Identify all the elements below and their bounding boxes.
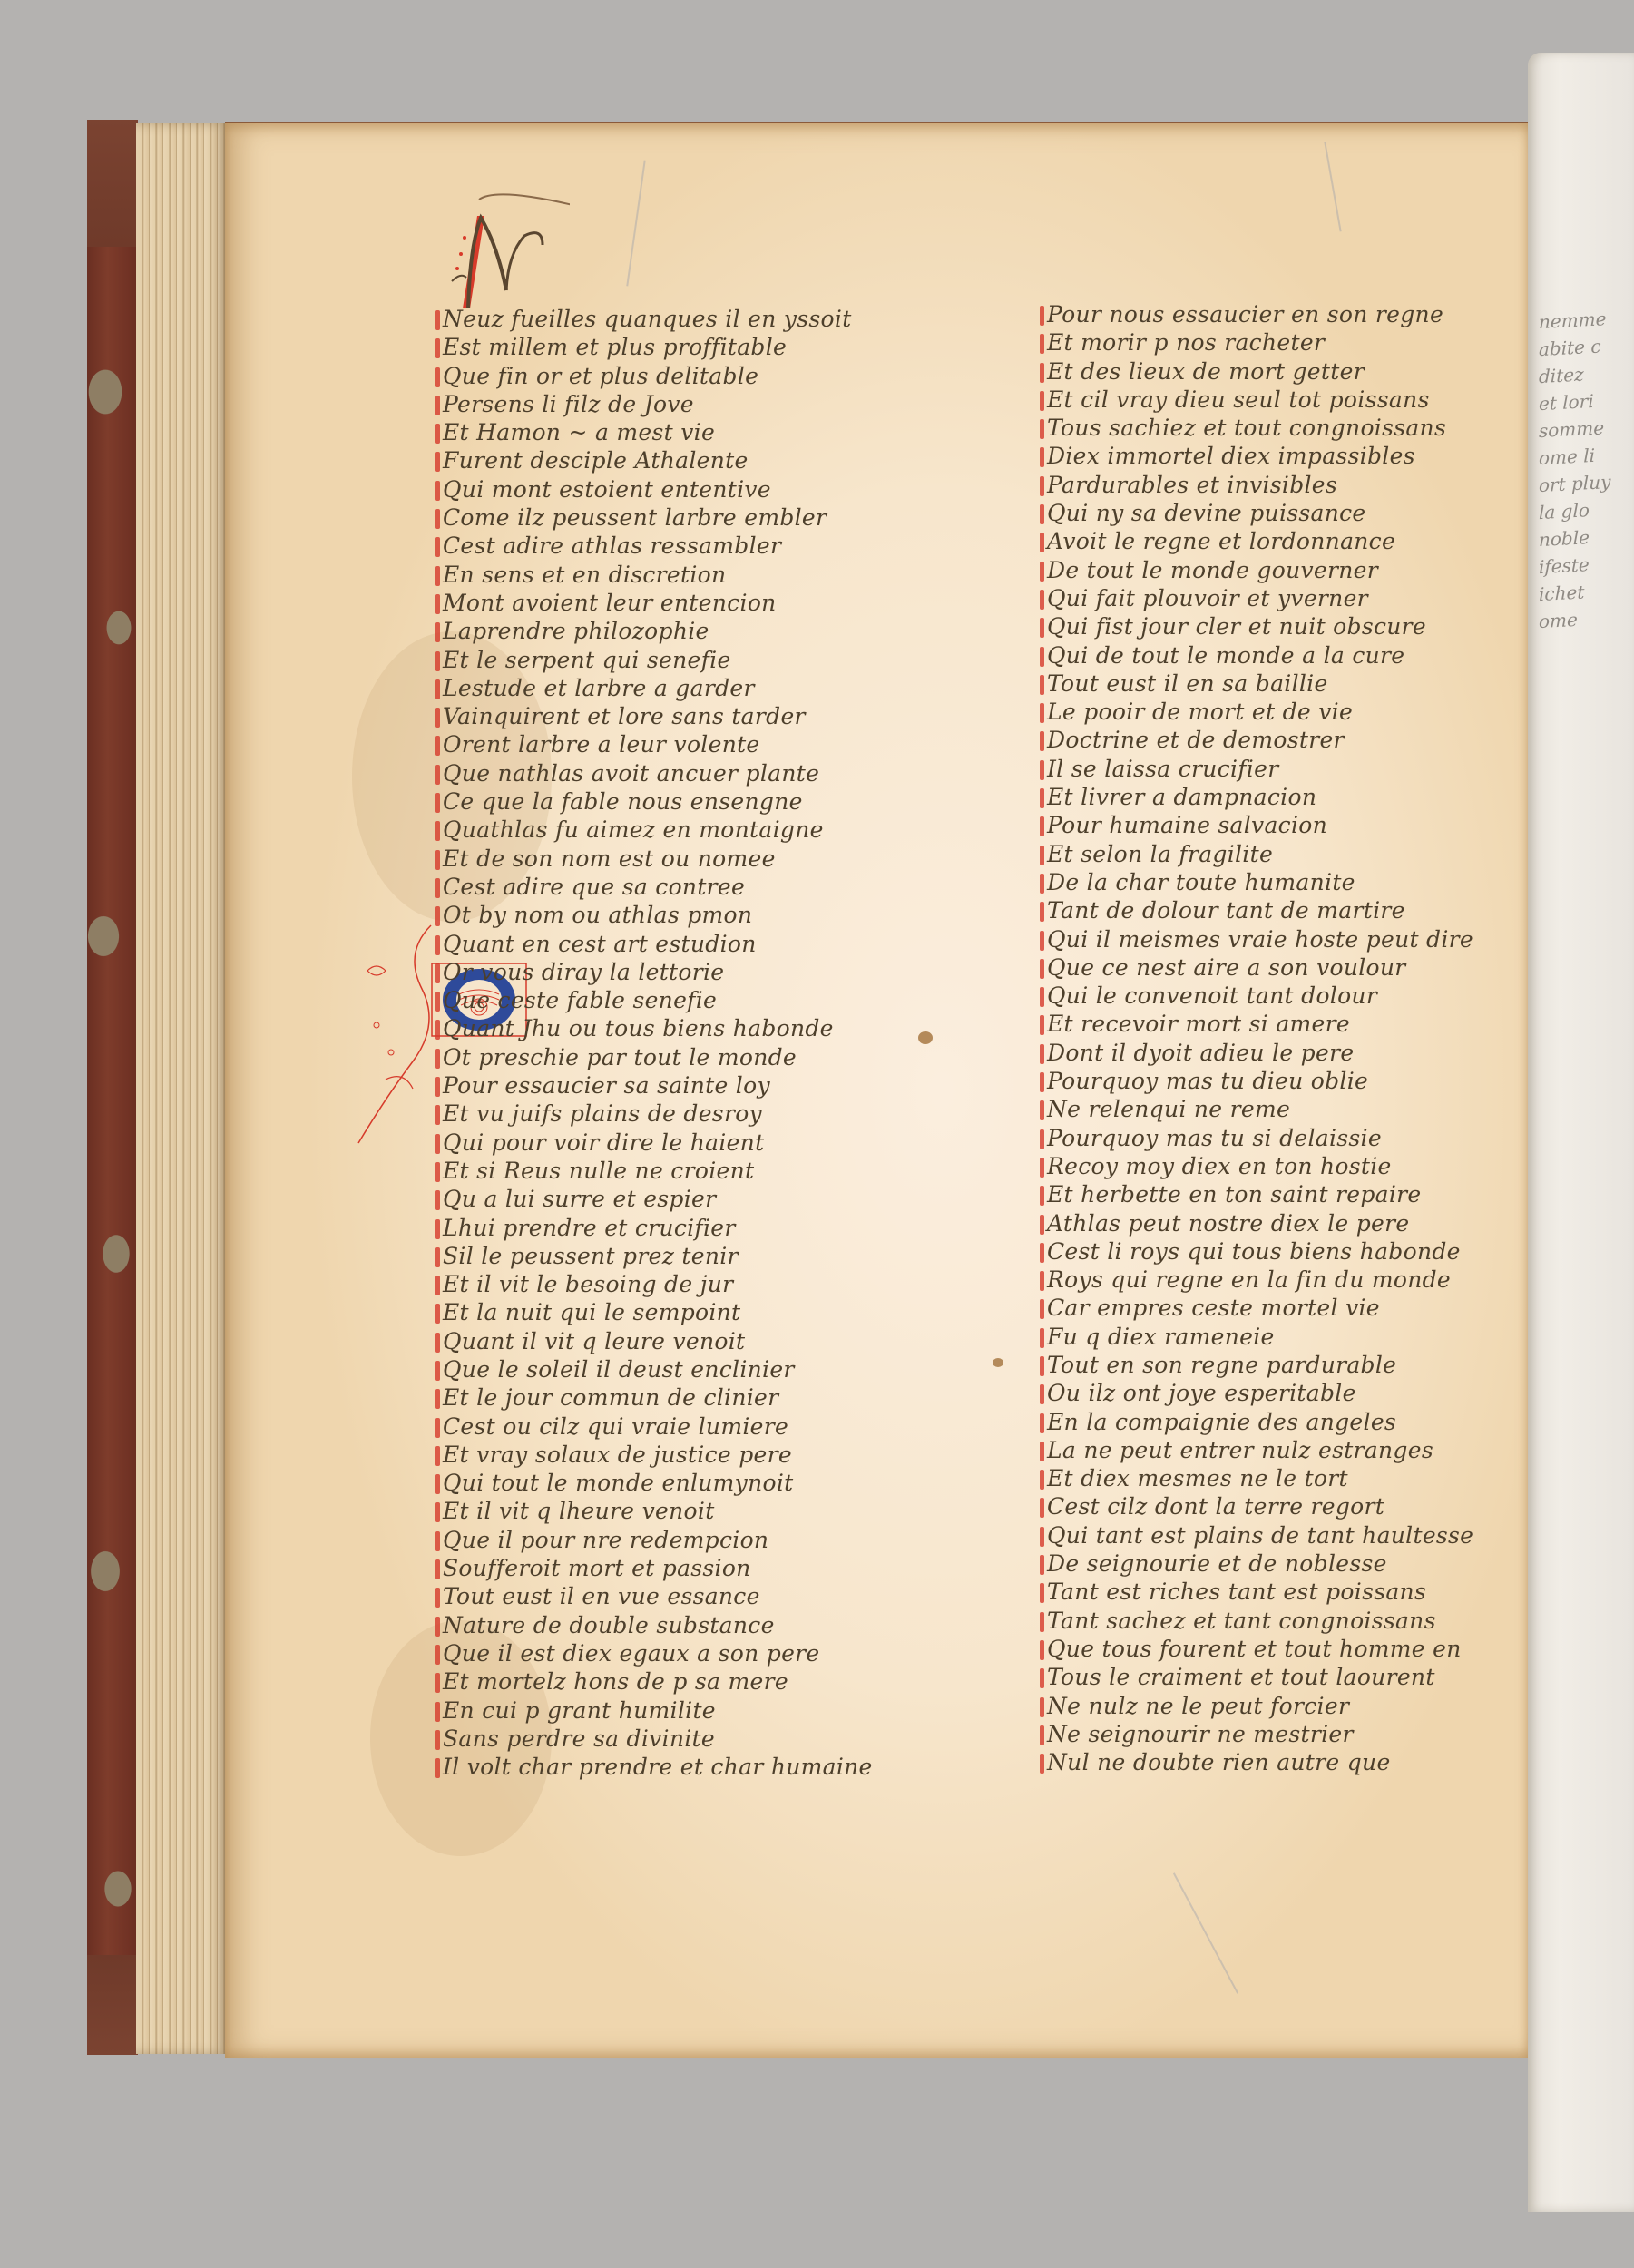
rubric-stroke [435,1190,440,1210]
rubric-stroke [1040,1555,1044,1575]
verse-line: Qui mont estoient ententive [437,475,945,503]
rubric-stroke [435,481,440,501]
verse-text: Vainquirent et lore sans tarder [437,703,806,729]
verse-line: Il volt char prendre et char humaine [437,1753,945,1781]
rubric-stroke [1040,1158,1044,1178]
verse-line: Que tous fourent et tout homme en [1042,1635,1522,1663]
verse-text: Tout en son regne pardurable [1042,1352,1396,1378]
verse-line: Et il vit q lheure venoit [437,1497,945,1525]
verse-text: Et selon la fragilite [1042,841,1273,867]
verse-line: Et Hamon ~ a mest vie [437,418,945,446]
verse-text: Ot by nom ou athlas pmon [437,902,752,928]
rubric-stroke [1040,1129,1044,1149]
verse-text: Quant Jhu ou tous biens habonde [437,1015,834,1041]
verse-line: Et il vit le besoing de jur [437,1270,945,1298]
rubric-stroke [435,452,440,472]
verse-text: Pour essaucier sa sainte loy [437,1072,770,1099]
verse-line: Et vu juifs plains de desroy [437,1100,945,1128]
verse-line: Quant Jhu ou tous biens habonde [437,1014,945,1042]
verse-line: Ne seignourir ne mestrier [1042,1720,1522,1748]
rubric-stroke [435,1247,440,1267]
verse-text: Nul ne doubte rien autre que [1042,1749,1391,1775]
verse-line: Quathlas fu aimez en montaigne [437,816,945,844]
verse-text: Et il vit le besoing de jur [437,1271,733,1297]
verse-text: Qui fist jour cler et nuit obscure [1042,613,1426,640]
verse-line: De la char toute humanite [1042,868,1522,896]
facing-text-fragment: ome [1539,604,1611,635]
rubric-stroke [435,594,440,614]
facing-text-fragment: ichet [1539,577,1611,608]
facing-text-fragment: ort pluy [1539,468,1611,499]
verse-text: Quant il vit q leure venoit [437,1328,745,1354]
verse-line: Est millem et plus proffitable [437,333,945,361]
rubric-stroke [1040,1470,1044,1490]
pencil-guide-mark [1173,1872,1238,1993]
facing-recto-page: nemmeabite cditezet lorisommeome liort p… [1528,53,1634,2212]
rubric-stroke [1040,1612,1044,1632]
verse-text: Et la nuit qui le sempoint [437,1299,740,1325]
verse-line: Ot preschie par tout le monde [437,1043,945,1071]
verse-line: Nul ne doubte rien autre que [1042,1748,1522,1776]
verse-text: Orent larbre a leur volente [437,731,760,758]
verse-line: Qui tant est plains de tant haultesse [1042,1521,1522,1549]
verse-text: Et il vit q lheure venoit [437,1498,715,1524]
pencil-guide-mark [626,161,645,287]
rubric-stroke [435,1758,440,1778]
rubric-stroke [1040,1186,1044,1206]
verse-line: Laprendre philozophie [437,617,945,645]
rubric-stroke [1040,1100,1044,1120]
verse-text: Nature de double substance [437,1612,775,1638]
rubric-stroke [435,1730,440,1750]
verse-line: Qui tout le monde enlumynoit [437,1469,945,1497]
verse-line: Que nathlas avoit ancuer plante [437,759,945,787]
verse-line: Et morir p nos racheter [1042,328,1522,357]
verse-line: Pardurables et invisibles [1042,471,1522,499]
verse-line: Qui de tout le monde a la cure [1042,641,1522,670]
verse-text: Et le jour commun de clinier [437,1384,778,1411]
verse-text: Lestude et larbre a garder [437,675,755,701]
right-text-column: Pour nous essaucier en son regneEt morir… [1042,300,1522,1776]
verse-line: Ot by nom ou athlas pmon [437,901,945,929]
verse-text: Que ceste fable senefie [437,987,717,1013]
verse-line: Tant est riches tant est poissans [1042,1578,1522,1606]
verse-text: Soufferoit mort et passion [437,1555,751,1581]
page-edges-stack [136,123,227,2054]
verse-text: En cui p grant humilite [437,1697,716,1724]
verse-text: Et vu juifs plains de desroy [437,1100,762,1127]
verse-text: Et livrer a dampnacion [1042,784,1316,810]
verse-line: Que fin or et plus delitable [437,362,945,390]
rubric-stroke [435,1304,440,1324]
verse-text: Car empres ceste mortel vie [1042,1295,1380,1321]
verse-line: Car empres ceste mortel vie [1042,1294,1522,1322]
rubric-stroke [435,1049,440,1069]
verse-text: Et herbette en ton saint repaire [1042,1181,1422,1207]
verse-line: Diex immortel diex impassibles [1042,442,1522,470]
verse-line: Lestude et larbre a garder [437,674,945,702]
rubric-stroke [1040,1015,1044,1035]
verse-line: Que le soleil il deust enclinier [437,1355,945,1383]
rubric-stroke [435,878,440,898]
rubric-stroke [1040,1384,1044,1404]
verse-line: Or vous diray la lettorie [437,958,945,986]
verse-text: Tous le craiment et tout laourent [1042,1664,1435,1690]
verse-line: Ne relenqui ne reme [1042,1095,1522,1123]
verse-text: Qui tout le monde enlumynoit [437,1470,794,1496]
verse-line: Qui il meismes vraie hoste peut dire [1042,925,1522,953]
rubric-stroke [1040,647,1044,667]
verse-text: Que il pour nre redempcion [437,1527,768,1553]
verse-text: Il se laissa crucifier [1042,756,1278,782]
rubric-stroke [1040,504,1044,524]
verse-line: Sans perdre sa divinite [437,1725,945,1753]
facing-text-fragment: ditez [1539,359,1611,390]
verse-text: Quathlas fu aimez en montaigne [437,816,824,843]
verse-line: Furent desciple Athalente [437,446,945,474]
verse-line: Roys qui regne en la fin du monde [1042,1266,1522,1294]
rubric-stroke [1040,334,1044,354]
verse-text: Tant sachez et tant congnoissans [1042,1608,1436,1634]
verse-line: Et diex mesmes ne le tort [1042,1464,1522,1492]
rubric-stroke [435,1077,440,1097]
rubric-stroke [1040,1328,1044,1348]
verse-text: Ne nulz ne le peut forcier [1042,1693,1349,1719]
verse-line: Et le serpent qui senefie [437,646,945,674]
verse-text: Come ilz peussent larbre embler [437,504,827,531]
rubric-stroke [435,935,440,955]
verse-line: Le pooir de mort et de vie [1042,698,1522,726]
verse-line: Neuz fueilles quanques il en yssoit [437,305,945,333]
verse-line: Et selon la fragilite [1042,840,1522,868]
verse-line: Qui ny sa devine puissance [1042,499,1522,527]
verse-text: Athlas peut nostre diex le pere [1042,1210,1409,1237]
verse-text: Tant de dolour tant de martire [1042,897,1405,924]
rubric-stroke [435,1418,440,1438]
verse-line: Ou ilz ont joye esperitable [1042,1379,1522,1407]
rubric-stroke [435,765,440,785]
verse-line: Qui pour voir dire le haient [437,1129,945,1157]
verse-line: Athlas peut nostre diex le pere [1042,1209,1522,1237]
rubric-stroke [1040,447,1044,467]
verse-line: De tout le monde gouverner [1042,556,1522,584]
verse-line: Pour nous essaucier en son regne [1042,300,1522,328]
verse-text: Quant en cest art estudion [437,931,757,957]
verse-line: Qui le convenoit tant dolour [1042,982,1522,1010]
rubric-stroke [435,1474,440,1494]
verse-line: Lhui prendre et crucifier [437,1214,945,1242]
verse-text: Et recevoir mort si amere [1042,1011,1350,1037]
rubric-stroke [1040,1697,1044,1717]
verse-line: Cest ou cilz qui vraie lumiere [437,1413,945,1441]
rubric-stroke [435,537,440,557]
verse-text: Cest ou cilz qui vraie lumiere [437,1413,788,1440]
verse-text: Recoy moy diex en ton hostie [1042,1153,1392,1179]
rubric-stroke [1040,1413,1044,1433]
facing-text-fragment: somme [1539,414,1611,445]
book-binding-board [87,120,138,2055]
verse-line: Que il pour nre redempcion [437,1526,945,1554]
verse-text: Tant est riches tant est poissans [1042,1579,1426,1605]
verse-line: En la compaignie des angeles [1042,1408,1522,1436]
verse-line: Tous le craiment et tout laourent [1042,1663,1522,1691]
verse-text: Qui mont estoient ententive [437,476,771,503]
facing-text-fragment: la glo [1539,495,1611,526]
verse-line: Tant sachez et tant congnoissans [1042,1607,1522,1635]
verse-text: Lhui prendre et crucifier [437,1215,736,1241]
verse-text: Est millem et plus proffitable [437,334,787,360]
verse-line: Fu q diex rameneie [1042,1323,1522,1351]
flourished-initial-n [443,191,570,318]
verse-text: Qui pour voir dire le haient [437,1129,764,1156]
verse-text: Cest li roys qui tous biens habonde [1042,1238,1461,1265]
rubric-stroke [1040,562,1044,582]
rubric-stroke [435,1446,440,1466]
verse-text: Que fin or et plus delitable [437,363,758,389]
verse-line: Tant de dolour tant de martire [1042,896,1522,924]
verse-line: Ne nulz ne le peut forcier [1042,1692,1522,1720]
verse-text: Persens li filz de Jove [437,391,694,417]
verse-line: Tous sachiez et tout congnoissans [1042,414,1522,442]
verse-text: Tout eust il en sa baillie [1042,670,1328,697]
rubric-stroke [1040,391,1044,411]
facing-text-fragment: nemme [1539,305,1611,336]
verse-line: Mont avoient leur entencion [437,589,945,617]
facing-text-fragment: abite c [1539,332,1611,363]
verse-line: Et cil vray dieu seul tot poissans [1042,386,1522,414]
verse-text: Et morir p nos racheter [1042,329,1325,356]
verse-text: En la compaignie des angeles [1042,1409,1396,1435]
verse-line: Quant il vit q leure venoit [437,1327,945,1355]
rubric-stroke [1040,363,1044,383]
verse-text: Pardurables et invisibles [1042,472,1337,498]
verse-line: Ce que la fable nous ensengne [437,787,945,816]
verse-line: Et des lieux de mort getter [1042,357,1522,386]
verse-text: Cest cilz dont la terre regort [1042,1493,1384,1520]
rubric-stroke [435,1389,440,1409]
verse-text: Ne seignourir ne mestrier [1042,1721,1354,1747]
verse-line: Recoy moy diex en ton hostie [1042,1152,1522,1180]
verse-text: En sens et en discretion [437,562,726,588]
verse-line: Et de son nom est ou nomee [437,845,945,873]
verse-text: Pourquoy mas tu dieu oblie [1042,1068,1368,1094]
verse-text: Dont il dyoit adieu le pere [1042,1040,1354,1066]
verse-line: Qui fait plouvoir et yverner [1042,584,1522,612]
rubric-stroke [435,310,440,330]
rubric-stroke [435,1276,440,1295]
verse-line: Pour essaucier sa sainte loy [437,1071,945,1100]
rubric-stroke [435,1617,440,1637]
rubric-stroke [1040,533,1044,552]
verse-text: Qui ny sa devine puissance [1042,500,1366,526]
verse-line: Qu a lui surre et espier [437,1185,945,1213]
rubric-stroke [1040,306,1044,326]
rubric-stroke [435,1702,440,1722]
rubric-stroke [435,1134,440,1154]
verse-text: Et vray solaux de justice pere [437,1442,792,1468]
rubric-stroke [435,424,440,444]
verse-text: Et diex mesmes ne le tort [1042,1465,1348,1491]
rubric-stroke [435,1105,440,1125]
verse-line: Cest adire athlas ressambler [437,532,945,560]
verse-text: Pourquoy mas tu si delaissie [1042,1125,1382,1151]
verse-text: Qui de tout le monde a la cure [1042,642,1404,669]
verse-line: Pour humaine salvacion [1042,811,1522,839]
verse-line: Cest li roys qui tous biens habonde [1042,1237,1522,1266]
rubric-stroke [435,651,440,671]
verse-line: Pourquoy mas tu dieu oblie [1042,1067,1522,1095]
verse-text: Furent desciple Athalente [437,447,749,474]
verse-line: La ne peut entrer nulz estranges [1042,1436,1522,1464]
verse-text: Qu a lui surre et espier [437,1186,716,1212]
verse-text: Et de son nom est ou nomee [437,846,776,872]
rubric-stroke [1040,874,1044,894]
rubric-stroke [435,396,440,415]
verse-line: Avoit le regne et lordonnance [1042,527,1522,555]
rubric-stroke [435,708,440,728]
verse-text: Ce que la fable nous ensengne [437,788,803,815]
verse-text: Ne relenqui ne reme [1042,1096,1290,1122]
verse-text: Diex immortel diex impassibles [1042,443,1415,469]
rubric-stroke [1040,846,1044,865]
verse-line: Orent larbre a leur volente [437,730,945,758]
verse-line: Quant en cest art estudion [437,930,945,958]
rubric-stroke [1040,816,1044,836]
rubric-stroke [435,509,440,529]
verse-text: De la char toute humanite [1042,869,1355,895]
rubric-stroke [435,1162,440,1182]
verse-text: Pour humaine salvacion [1042,812,1327,838]
verse-line: Et livrer a dampnacion [1042,783,1522,811]
verse-line: Dont il dyoit adieu le pere [1042,1039,1522,1067]
verse-line: Que ceste fable senefie [437,986,945,1014]
rubric-stroke [435,963,440,983]
verse-line: Que il est diex egaux a son pere [437,1639,945,1667]
rubric-stroke [1040,1072,1044,1092]
pencil-guide-mark [1324,142,1341,232]
verse-text: Que il est diex egaux a son pere [437,1640,820,1667]
rubric-stroke [1040,675,1044,695]
leather-corner-top [87,120,138,247]
rubric-stroke [435,1588,440,1608]
verse-text: Que tous fourent et tout homme en [1042,1636,1462,1662]
rubric-stroke [435,736,440,756]
rubric-stroke [1040,1527,1044,1547]
verse-line: Tout eust il en vue essance [437,1582,945,1610]
verse-text: Le pooir de mort et de vie [1042,699,1353,725]
rubric-stroke [435,566,440,586]
verse-text: Et le serpent qui senefie [437,647,731,673]
verse-text: Tout eust il en vue essance [437,1583,760,1609]
rubric-stroke [1040,1442,1044,1461]
verse-text: Qui tant est plains de tant haultesse [1042,1522,1473,1549]
verse-line: Sil le peussent prez tenir [437,1242,945,1270]
verse-line: Persens li filz de Jove [437,390,945,418]
verse-line: Tout eust il en sa baillie [1042,670,1522,698]
verse-line: Et mortelz hons de p sa mere [437,1667,945,1696]
verse-text: Et si Reus nulle ne croient [437,1158,754,1184]
verse-text: Fu q diex rameneie [1042,1324,1275,1350]
verse-line: Vainquirent et lore sans tarder [437,702,945,730]
verse-text: Ou ilz ont joye esperitable [1042,1380,1356,1406]
verse-text: Or vous diray la lettorie [437,959,724,985]
verse-text: Doctrine et de demostrer [1042,727,1345,753]
rubric-stroke [1040,419,1044,439]
verse-line: Soufferoit mort et passion [437,1554,945,1582]
verse-line: Tout en son regne pardurable [1042,1351,1522,1379]
verse-text: Et mortelz hons de p sa mere [437,1668,788,1695]
verse-text: Neuz fueilles quanques il en yssoit [437,306,852,332]
verse-text: Laprendre philozophie [437,618,709,644]
verse-line: Qui fist jour cler et nuit obscure [1042,612,1522,640]
verse-line: En sens et en discretion [437,561,945,589]
verse-line: Nature de double substance [437,1611,945,1639]
facing-text-fragment: noble [1539,523,1611,553]
rubric-stroke [435,1645,440,1665]
rubric-stroke [1040,590,1044,610]
rubric-stroke [435,1531,440,1551]
verse-text: Qui fait plouvoir et yverner [1042,585,1368,611]
rubric-stroke [1040,1640,1044,1660]
verse-text: Cest adire athlas ressambler [437,533,781,559]
rubric-stroke [1040,1725,1044,1745]
verse-text: De tout le monde gouverner [1042,557,1378,583]
verse-text: Et Hamon ~ a mest vie [437,419,715,445]
rubric-stroke [435,850,440,870]
rubric-stroke [1040,1243,1044,1263]
verse-text: Que nathlas avoit ancuer plante [437,760,819,787]
verse-text: Qui le convenoit tant dolour [1042,982,1377,1009]
verse-text: Qui il meismes vraie hoste peut dire [1042,926,1473,953]
facing-text-fragment: ome li [1539,441,1611,472]
rubric-stroke [1040,1271,1044,1291]
rubric-stroke [435,1673,440,1693]
verse-text: Que le soleil il deust enclinier [437,1356,795,1383]
rubric-stroke [435,679,440,699]
rubric-stroke [1040,1299,1044,1319]
facing-text-fragment: et lori [1539,386,1611,417]
verse-text: Et des lieux de mort getter [1042,358,1365,385]
verse-text: Sans perdre sa divinite [437,1725,715,1752]
verse-line: Pourquoy mas tu si delaissie [1042,1124,1522,1152]
verse-text: Il volt char prendre et char humaine [437,1754,873,1780]
rubric-stroke [435,1219,440,1239]
rubric-stroke [1040,618,1044,638]
rubric-stroke [1040,959,1044,979]
rubric-stroke [1040,476,1044,496]
verse-line: Et herbette en ton saint repaire [1042,1180,1522,1208]
rubric-stroke [1040,1754,1044,1774]
rubric-stroke [435,906,440,926]
verse-text: Ot preschie par tout le monde [437,1044,797,1070]
ink-spot [993,1358,1003,1367]
rubric-stroke [435,338,440,358]
left-text-column: Neuz fueilles quanques il en yssoitEst m… [437,305,945,1781]
rubric-stroke [435,793,440,813]
verse-text: Tous sachiez et tout congnoissans [1042,415,1446,441]
verse-line: Et la nuit qui le sempoint [437,1298,945,1326]
verse-line: Doctrine et de demostrer [1042,726,1522,754]
rubric-stroke [435,1333,440,1353]
rubric-stroke [1040,1498,1044,1518]
verse-text: Que ce nest aire a son voulour [1042,954,1406,981]
facing-text-fragment: ifeste [1539,550,1611,581]
rubric-stroke [1040,902,1044,922]
verse-line: Et le jour commun de clinier [437,1383,945,1412]
rubric-stroke [435,622,440,642]
verse-line: De seignourie et de noblesse [1042,1549,1522,1578]
rubric-stroke [435,1502,440,1522]
